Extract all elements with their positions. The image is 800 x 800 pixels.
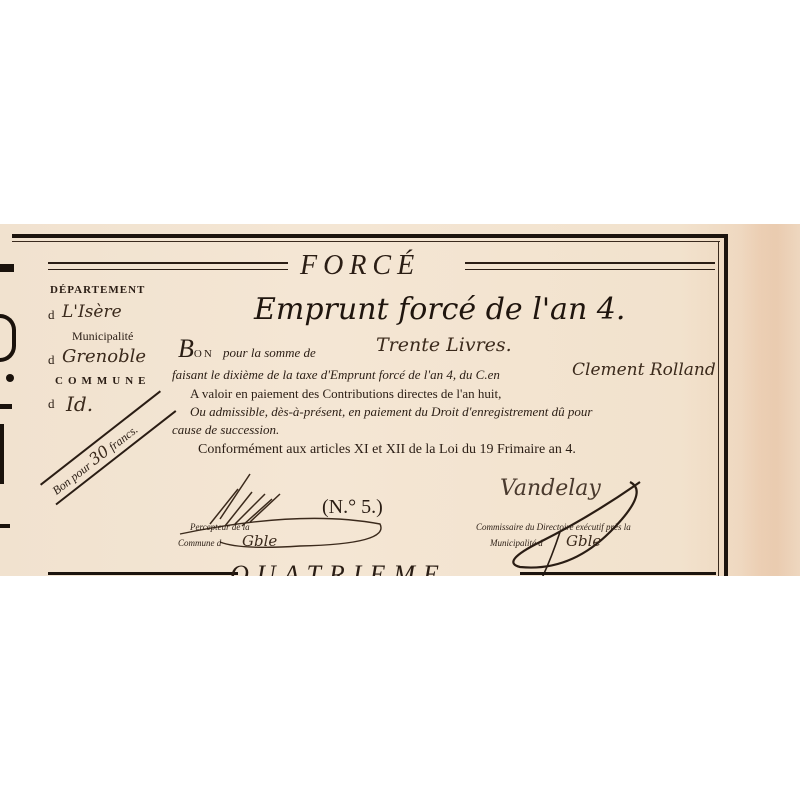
percepteur-signature-icon xyxy=(180,464,400,564)
stamp-suffix: francs. xyxy=(106,422,141,453)
municipalite-label: Municipalité xyxy=(72,329,133,344)
commissaire-muni-label: Municipalité d xyxy=(490,538,543,548)
percepteur-commune-label: Commune d xyxy=(178,538,221,548)
commissaire-muni-value: Gble xyxy=(566,532,601,550)
adjacent-coupon-edge xyxy=(0,224,14,576)
bond-document: FORCÉ Emprunt forcé de l'an 4. DÉPARTEME… xyxy=(0,224,800,576)
footer-rule-right xyxy=(520,572,716,575)
document-subtitle: Emprunt forcé de l'an 4. xyxy=(254,292,625,327)
body-line-4: Ou admissible, dès-à-présent, en paiemen… xyxy=(190,404,592,420)
municipalite-value: Grenoble xyxy=(62,346,146,367)
bon-line: BON pour la somme de xyxy=(178,334,316,364)
commune-label: COMMUNE xyxy=(55,375,151,387)
title-rule-left xyxy=(48,262,288,270)
frame-border-right-inner xyxy=(718,241,719,576)
frame-border-right xyxy=(724,234,728,576)
body-line-2: faisant le dixième de la taxe d'Emprunt … xyxy=(172,367,500,383)
commissaire-title: Commissaire du Directoire exécutif près … xyxy=(476,522,631,532)
amount-handwritten: Trente Livres. xyxy=(376,334,512,356)
body-line-5: cause de succession. xyxy=(172,422,279,438)
departement-value: L'Isère xyxy=(62,302,122,322)
frame-border-top xyxy=(12,234,728,238)
bon-rest: ON xyxy=(194,348,214,360)
municipalite-prefix: d xyxy=(48,352,55,368)
bon-pour-stamp: Bon pour 30 francs. xyxy=(40,390,176,505)
footer-rule-left xyxy=(48,572,238,575)
frame-border-top-inner xyxy=(12,241,720,242)
stamp-prefix: Bon pour xyxy=(50,459,94,498)
bon-text: pour la somme de xyxy=(223,345,316,360)
percepteur-commune-value: Gble xyxy=(242,532,277,550)
document-title: FORCÉ xyxy=(300,250,420,282)
body-line-3: A valoir en paiement des Contributions d… xyxy=(190,386,501,402)
departement-label: DÉPARTEMENT xyxy=(50,284,145,296)
bon-initial: B xyxy=(178,334,194,363)
commune-value: Id. xyxy=(66,392,93,416)
percepteur-title: Percepteur de la xyxy=(190,522,250,532)
commune-prefix: d xyxy=(48,396,55,412)
citizen-name: Clement Rolland xyxy=(572,360,716,380)
departement-prefix: d xyxy=(48,307,55,323)
body-line-6: Conformément aux articles XI et XII de l… xyxy=(198,442,576,458)
footer-quatrieme: QUATRIEME xyxy=(230,560,447,576)
title-rule-right xyxy=(465,262,715,270)
